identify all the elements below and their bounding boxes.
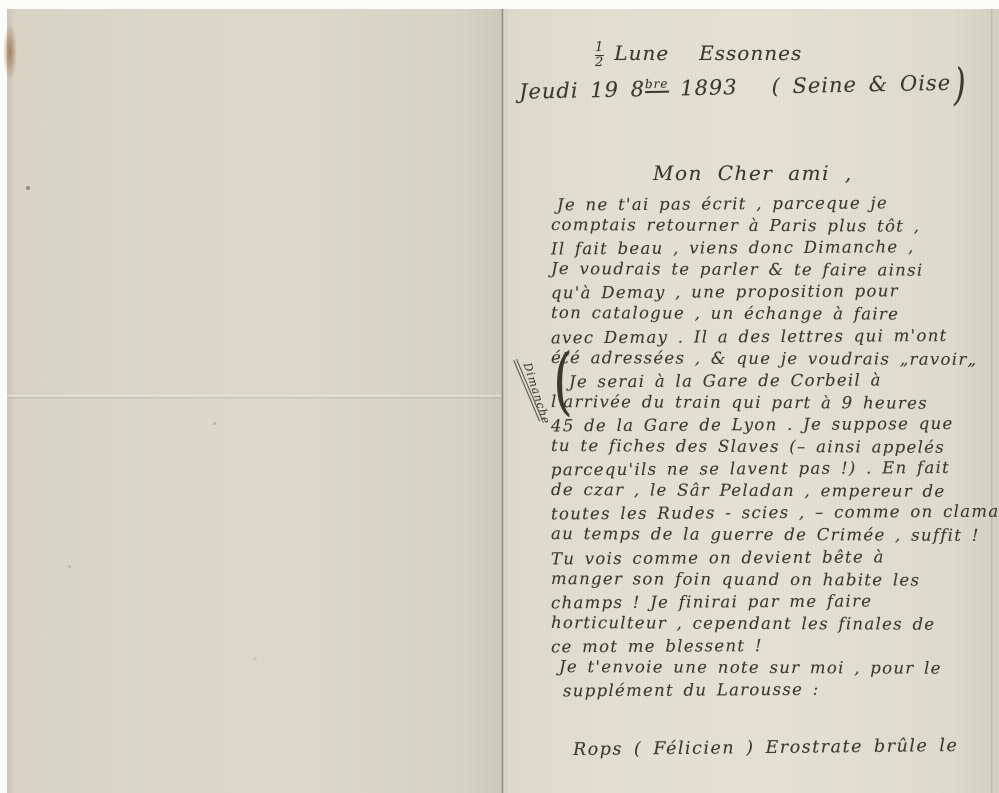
address-town: Essonnes bbox=[699, 41, 802, 65]
letter-line: horticulteur , cependant les finales de bbox=[551, 612, 999, 636]
letter-line: qu'à Demay , une proposition pour bbox=[551, 280, 999, 305]
letter-line: avec Demay . Il a des lettres qui m'ont bbox=[551, 324, 999, 349]
letter-line: au temps de la guerre de Crimée , suffit… bbox=[551, 523, 999, 547]
letter-line: supplément du Larousse : bbox=[563, 678, 999, 703]
letter-page: 12LuneEssonnes Jeudi 19 8bre 1893( Seine… bbox=[503, 9, 999, 793]
margin-opening-paren: ( bbox=[553, 345, 573, 419]
foxing-spot bbox=[68, 565, 71, 568]
letter-line: Je ne t'ai pas écrit , parceque je bbox=[557, 192, 999, 217]
date-year: 1893 bbox=[668, 75, 738, 100]
date-text: Jeudi 19 8 bbox=[519, 77, 645, 104]
letter-line: tu te fiches des Slaves (– ainsi appelés bbox=[551, 435, 999, 459]
letter-dateline: Jeudi 19 8bre 1893( Seine & Oise) bbox=[519, 70, 970, 103]
letter-line: ton catalogue , un échange à faire bbox=[551, 302, 999, 326]
letter-line: Il fait beau , viens donc Dimanche , bbox=[551, 236, 999, 261]
letter-line: été adressées , & que je voudrais „ravoi… bbox=[551, 347, 999, 371]
address-house: Lune bbox=[614, 41, 669, 65]
foxing-spot bbox=[213, 422, 216, 425]
letter-body: Je ne t'ai pas écrit , parceque je compt… bbox=[551, 193, 999, 701]
letter-line: manger son foin quand on habite les bbox=[551, 568, 999, 592]
letter-line: ce mot me blessent ! bbox=[551, 634, 999, 659]
letter-line: Je t'envoie une note sur moi , pour le bbox=[559, 656, 999, 680]
letter-line: Je serai à la Gare de Corbeil à bbox=[569, 368, 999, 393]
letter-line: toutes les Rudes - scies , – comme on cl… bbox=[551, 501, 999, 526]
region-note: ( Seine & Oise bbox=[771, 71, 951, 99]
letter-line: champs ! Je finirai par me faire bbox=[551, 589, 999, 614]
half-fraction: 12 bbox=[595, 42, 604, 68]
foxing-spot bbox=[253, 657, 257, 660]
letter-line: l'arrivée du train qui part à 9 heures bbox=[551, 391, 999, 415]
letter-line: de czar , le Sâr Peladan , empereur de bbox=[551, 479, 999, 503]
foxing-spot bbox=[26, 186, 30, 190]
letter-scan: 12LuneEssonnes Jeudi 19 8bre 1893( Seine… bbox=[0, 0, 999, 793]
letter-line: 45 de la Gare de Lyon . Je suppose que bbox=[551, 413, 999, 438]
letter-address: 12LuneEssonnes bbox=[595, 41, 802, 68]
letter-line: Tu vois comme on devient bête à bbox=[551, 545, 999, 570]
page-fold bbox=[501, 9, 505, 793]
fraction-numerator: 1 bbox=[595, 40, 604, 55]
letter-line: Je voudrais te parler & te faire ainsi bbox=[551, 258, 999, 282]
paper-smudge bbox=[3, 23, 17, 81]
letter-line: parcequ'ils ne se lavent pas !) . En fai… bbox=[551, 457, 999, 482]
blank-left-page bbox=[7, 9, 503, 793]
closing-note: Rops ( Félicien ) Erostrate brûle le bbox=[573, 736, 959, 760]
date-month-superscript: bre bbox=[645, 77, 669, 93]
paper-right-edge bbox=[991, 9, 993, 793]
salutation: Mon Cher ami , bbox=[653, 161, 853, 185]
fold-crease bbox=[7, 395, 503, 399]
margin-note-word: Dimanche bbox=[521, 361, 553, 426]
fraction-denominator: 2 bbox=[595, 55, 604, 70]
letter-line: comptais retourner à Paris plus tôt , bbox=[551, 214, 999, 238]
